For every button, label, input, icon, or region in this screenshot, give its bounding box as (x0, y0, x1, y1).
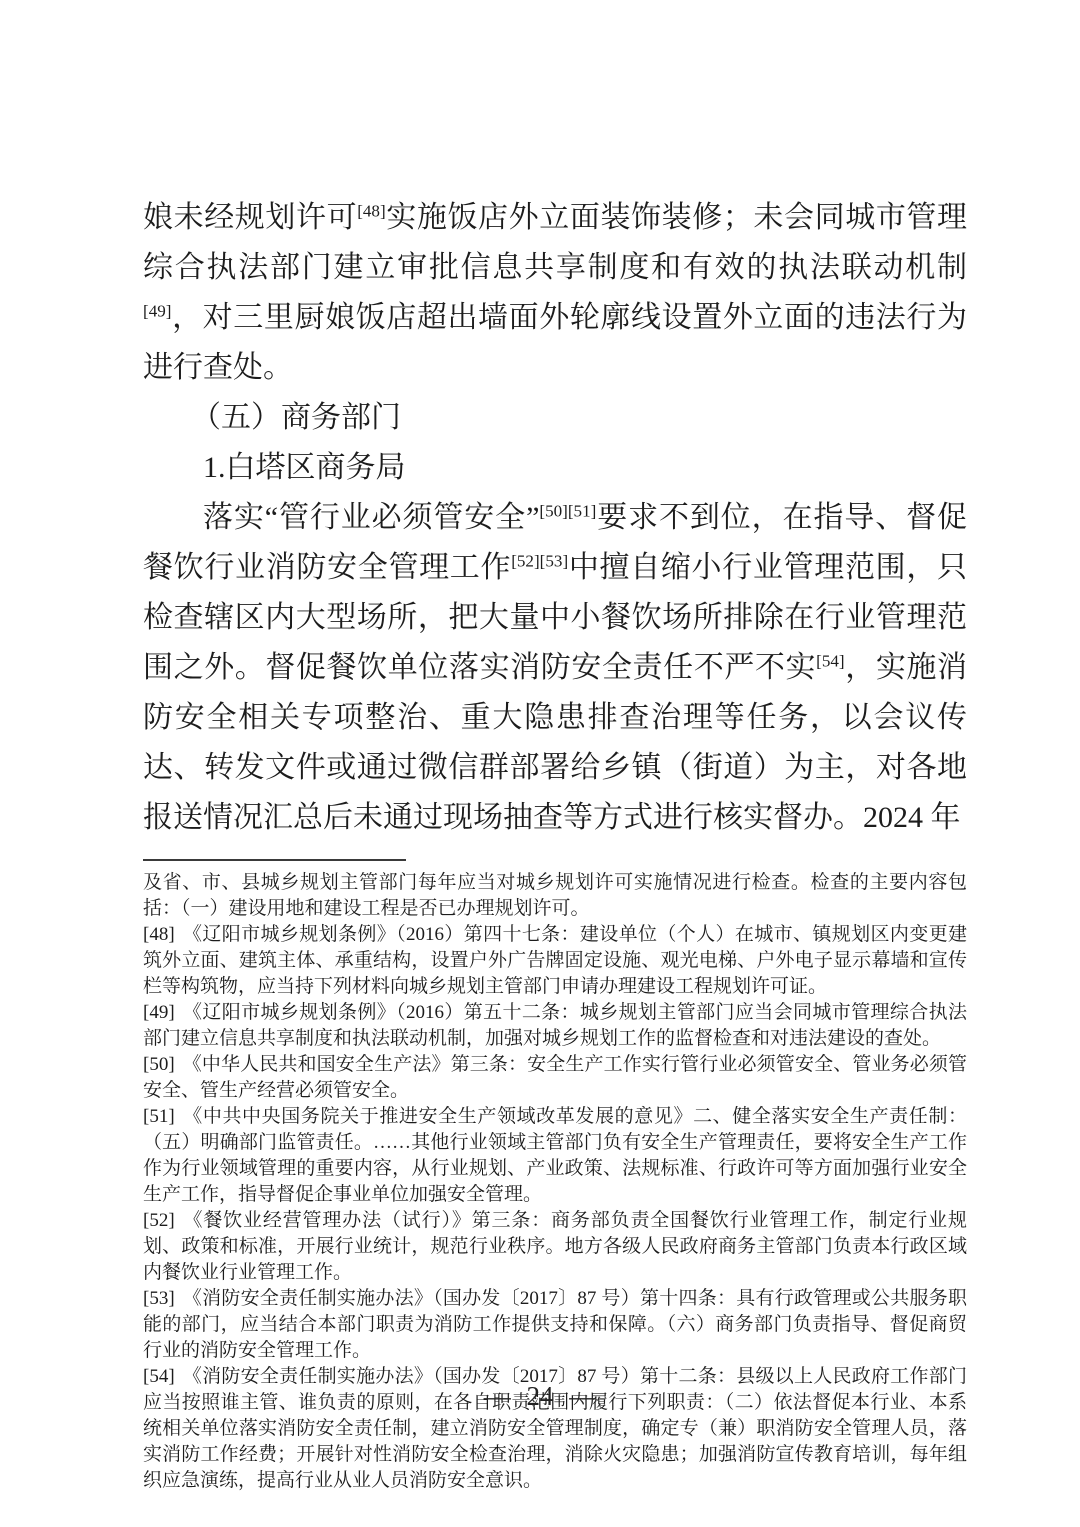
text-run: 落实“管行业必须管安全” (203, 501, 539, 534)
page-number: — 24 — (484, 1381, 597, 1411)
footnote-marker: [52] (143, 1210, 175, 1231)
text-run: 娘未经规划许可 (143, 201, 357, 234)
footnote-marker: [49] (143, 1002, 175, 1023)
footnote-text: 《中共中央国务院关于推进安全生产领域改革发展的意见》二、健全落实安全生产责任制：… (143, 1106, 967, 1205)
footnote-text: 《中华人民共和国安全生产法》第三条：安全生产工作实行管行业必须管安全、管业务必须… (143, 1054, 967, 1101)
document-page: 娘未经规划许可[48]实施饭店外立面装饰装修；未会同城市管理综合执法部门建立审批… (0, 0, 1080, 1527)
footnote-52: [52]《餐饮业经营管理办法（试行）》第三条：商务部负责全国餐饮行业管理工作，制… (143, 1208, 967, 1286)
footnote-text: 《消防安全责任制实施办法》（国办发〔2017〕87 号）第十四条：具有行政管理或… (143, 1288, 967, 1361)
paragraph-continuation: 娘未经规划许可[48]实施饭店外立面装饰装修；未会同城市管理综合执法部门建立审批… (143, 193, 967, 393)
section-heading: （五）商务部门 (143, 393, 967, 443)
footnote-text: 《辽阳市城乡规划条例》（2016）第四十七条：建设单位（个人）在城市、镇规划区内… (143, 924, 967, 997)
paragraph-body: 落实“管行业必须管安全”[50][51]要求不到位，在指导、督促餐饮行业消防安全… (143, 493, 967, 843)
footnote-53: [53]《消防安全责任制实施办法》（国办发〔2017〕87 号）第十四条：具有行… (143, 1286, 967, 1364)
footnote-marker: [48] (143, 924, 175, 945)
subsection-heading: 1.白塔区商务局 (143, 443, 967, 493)
footnote-ref: [48] (357, 201, 385, 220)
footnote-marker: [53] (143, 1288, 175, 1309)
footnote-ref: [49] (143, 301, 171, 320)
footnote-50: [50]《中华人民共和国安全生产法》第三条：安全生产工作实行管行业必须管安全、管… (143, 1052, 967, 1104)
footnote-51: [51]《中共中央国务院关于推进安全生产领域改革发展的意见》二、健全落实安全生产… (143, 1104, 967, 1208)
footnote-continuation: 及省、市、县城乡规划主管部门每年应当对城乡规划许可实施情况进行检查。检查的主要内… (143, 870, 967, 922)
main-text-block: 娘未经规划许可[48]实施饭店外立面装饰装修；未会同城市管理综合执法部门建立审批… (143, 193, 967, 843)
footnote-48: [48]《辽阳市城乡规划条例》（2016）第四十七条：建设单位（个人）在城市、镇… (143, 922, 967, 1000)
footnote-ref: [52][53] (511, 551, 568, 570)
footnote-ref: [54] (816, 651, 844, 670)
footnote-marker: [50] (143, 1054, 175, 1075)
page-content: 娘未经规划许可[48]实施饭店外立面装饰装修；未会同城市管理综合执法部门建立审批… (143, 193, 967, 1494)
footnote-text: 《辽阳市城乡规划条例》（2016）第五十二条：城乡规划主管部门应当会同城市管理综… (143, 1002, 967, 1049)
text-run: ，对三里厨娘饭店超出墙面外轮廓线设置外立面的违法行为进行查处。 (143, 301, 967, 384)
footnote-text: 及省、市、县城乡规划主管部门每年应当对城乡规划许可实施情况进行检查。检查的主要内… (143, 872, 967, 919)
footnote-49: [49]《辽阳市城乡规划条例》（2016）第五十二条：城乡规划主管部门应当会同城… (143, 1000, 967, 1052)
page-footer: — 24 — (0, 1379, 1080, 1413)
footnote-marker: [51] (143, 1106, 175, 1127)
footnote-separator (143, 859, 406, 861)
footnote-text: 《餐饮业经营管理办法（试行）》第三条：商务部负责全国餐饮行业管理工作，制定行业规… (143, 1210, 967, 1283)
footnote-ref: [50][51] (539, 501, 596, 520)
